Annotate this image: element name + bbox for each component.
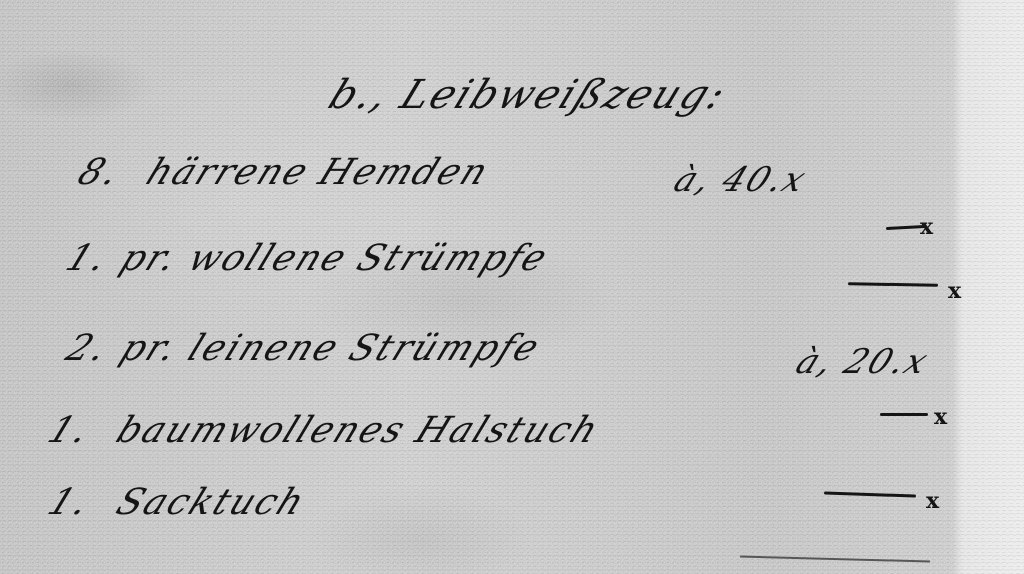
list-item: 1.pr.wollene Strümpfe xyxy=(60,238,555,279)
kreuzer-mark: x xyxy=(926,488,939,514)
item-description: Sacktuch xyxy=(110,482,312,523)
kreuzer-mark: x xyxy=(948,278,961,304)
section-heading: b., Leibweißzeug: xyxy=(322,72,734,118)
list-item: 8.härrene Hemden xyxy=(72,152,496,193)
list-item: 1.baumwollenes Halstuch xyxy=(42,410,606,451)
item-description: baumwollenes Halstuch xyxy=(110,410,605,451)
item-unit xyxy=(96,482,113,523)
item-unit: pr. xyxy=(114,238,184,279)
amount-dash xyxy=(880,413,928,416)
item-unit xyxy=(126,152,143,193)
item-description: wollene Strümpfe xyxy=(182,238,555,279)
kreuzer-mark: x xyxy=(920,214,933,240)
item-unit xyxy=(96,410,113,451)
list-item: 1.Sacktuch xyxy=(42,482,312,523)
item-unit-price: à, 40.x xyxy=(668,160,813,200)
item-unit: pr. xyxy=(114,328,184,369)
item-description: leinene Strümpfe xyxy=(182,328,547,369)
list-item: 2.pr.leinene Strümpfe xyxy=(60,328,547,369)
item-unit-price: à, 20.x xyxy=(790,342,935,382)
item-description: härrene Hemden xyxy=(140,152,495,193)
kreuzer-mark: x xyxy=(934,404,947,430)
